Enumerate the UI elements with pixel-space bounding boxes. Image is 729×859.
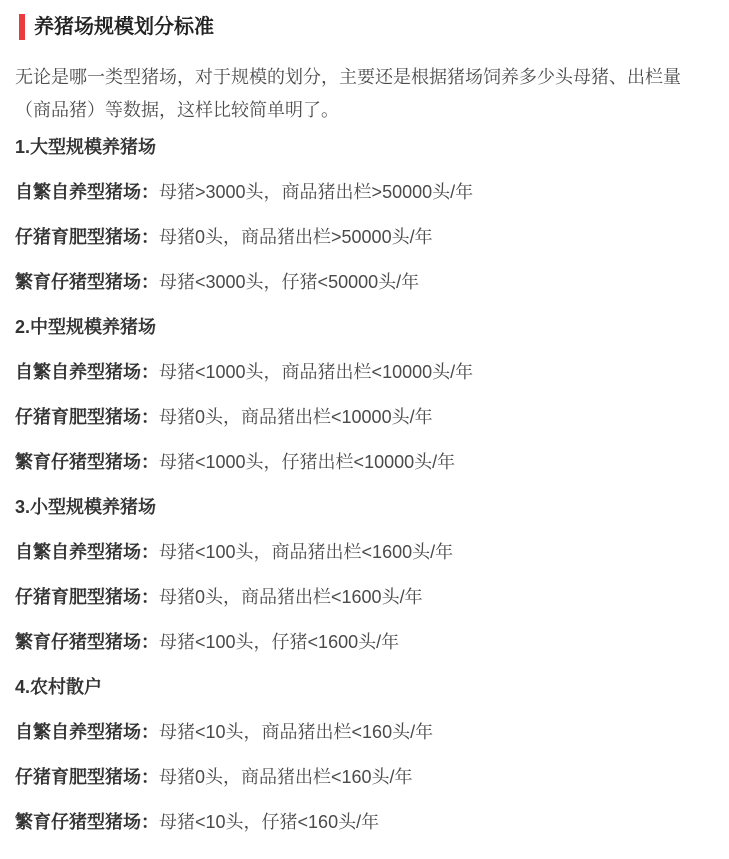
farm-type-item: 自繁自养型猪场：母猪<1000头，商品猪出栏<10000头/年 [15, 358, 714, 386]
farm-type-label: 自繁自养型猪场： [15, 722, 159, 742]
farm-type-label: 仔猪育肥型猪场： [15, 227, 159, 247]
section-heading: 4.农村散户 [15, 673, 714, 701]
farm-type-item: 繁育仔猪型猪场：母猪<100头，仔猪<1600头/年 [15, 628, 714, 656]
farm-type-value: 母猪<1000头，仔猪出栏<10000头/年 [159, 452, 455, 472]
farm-type-value: 母猪0头，商品猪出栏<10000头/年 [159, 407, 433, 427]
farm-type-item: 繁育仔猪型猪场：母猪<10头，仔猪<160头/年 [15, 808, 714, 836]
farm-type-label: 繁育仔猪型猪场： [15, 632, 159, 652]
section-heading: 1.大型规模养猪场 [15, 133, 714, 161]
farm-type-value: 母猪>3000头，商品猪出栏>50000头/年 [159, 182, 473, 202]
farm-type-item: 仔猪育肥型猪场：母猪0头，商品猪出栏<1600头/年 [15, 583, 714, 611]
farm-type-value: 母猪0头，商品猪出栏<1600头/年 [159, 587, 423, 607]
farm-type-value: 母猪<10头，仔猪<160头/年 [159, 812, 379, 832]
article-title-text: 养猪场规模划分标准 [34, 13, 214, 41]
farm-type-label: 繁育仔猪型猪场： [15, 272, 159, 292]
section-medium-scale: 2.中型规模养猪场 自繁自养型猪场：母猪<1000头，商品猪出栏<10000头/… [15, 313, 714, 476]
farm-type-item: 繁育仔猪型猪场：母猪<1000头，仔猪出栏<10000头/年 [15, 448, 714, 476]
section-heading: 3.小型规模养猪场 [15, 493, 714, 521]
farm-type-item: 自繁自养型猪场：母猪<10头，商品猪出栏<160头/年 [15, 718, 714, 746]
farm-type-label: 仔猪育肥型猪场： [15, 587, 159, 607]
farm-type-value: 母猪<100头，仔猪<1600头/年 [159, 632, 399, 652]
intro-paragraph: 无论是哪一类型猪场，对于规模的划分，主要还是根据猪场饲养多少头母猪、出栏量（商品… [15, 61, 714, 127]
farm-type-label: 繁育仔猪型猪场： [15, 812, 159, 832]
farm-type-label: 自繁自养型猪场： [15, 182, 159, 202]
farm-type-label: 繁育仔猪型猪场： [15, 452, 159, 472]
article-title: 养猪场规模划分标准 [15, 13, 714, 41]
farm-type-label: 仔猪育肥型猪场： [15, 767, 159, 787]
farm-type-value: 母猪<1000头，商品猪出栏<10000头/年 [159, 362, 473, 382]
farm-type-value: 母猪0头，商品猪出栏<160头/年 [159, 767, 413, 787]
farm-type-item: 自繁自养型猪场：母猪>3000头，商品猪出栏>50000头/年 [15, 178, 714, 206]
farm-type-value: 母猪<3000头，仔猪<50000头/年 [159, 272, 419, 292]
farm-type-item: 自繁自养型猪场：母猪<100头，商品猪出栏<1600头/年 [15, 538, 714, 566]
farm-type-item: 仔猪育肥型猪场：母猪0头，商品猪出栏<160头/年 [15, 763, 714, 791]
section-large-scale: 1.大型规模养猪场 自繁自养型猪场：母猪>3000头，商品猪出栏>50000头/… [15, 133, 714, 296]
section-heading: 2.中型规模养猪场 [15, 313, 714, 341]
farm-type-label: 自繁自养型猪场： [15, 542, 159, 562]
section-small-scale: 3.小型规模养猪场 自繁自养型猪场：母猪<100头，商品猪出栏<1600头/年 … [15, 493, 714, 656]
farm-type-item: 繁育仔猪型猪场：母猪<3000头，仔猪<50000头/年 [15, 268, 714, 296]
farm-type-value: 母猪0头，商品猪出栏>50000头/年 [159, 227, 433, 247]
farm-type-value: 母猪<100头，商品猪出栏<1600头/年 [159, 542, 453, 562]
farm-type-item: 仔猪育肥型猪场：母猪0头，商品猪出栏<10000头/年 [15, 403, 714, 431]
farm-type-item: 仔猪育肥型猪场：母猪0头，商品猪出栏>50000头/年 [15, 223, 714, 251]
section-rural-household: 4.农村散户 自繁自养型猪场：母猪<10头，商品猪出栏<160头/年 仔猪育肥型… [15, 673, 714, 836]
farm-type-label: 仔猪育肥型猪场： [15, 407, 159, 427]
farm-type-label: 自繁自养型猪场： [15, 362, 159, 382]
farm-type-value: 母猪<10头，商品猪出栏<160头/年 [159, 722, 433, 742]
article-page: 养猪场规模划分标准 无论是哪一类型猪场，对于规模的划分，主要还是根据猪场饲养多少… [0, 0, 729, 859]
title-accent-bar [19, 14, 25, 40]
